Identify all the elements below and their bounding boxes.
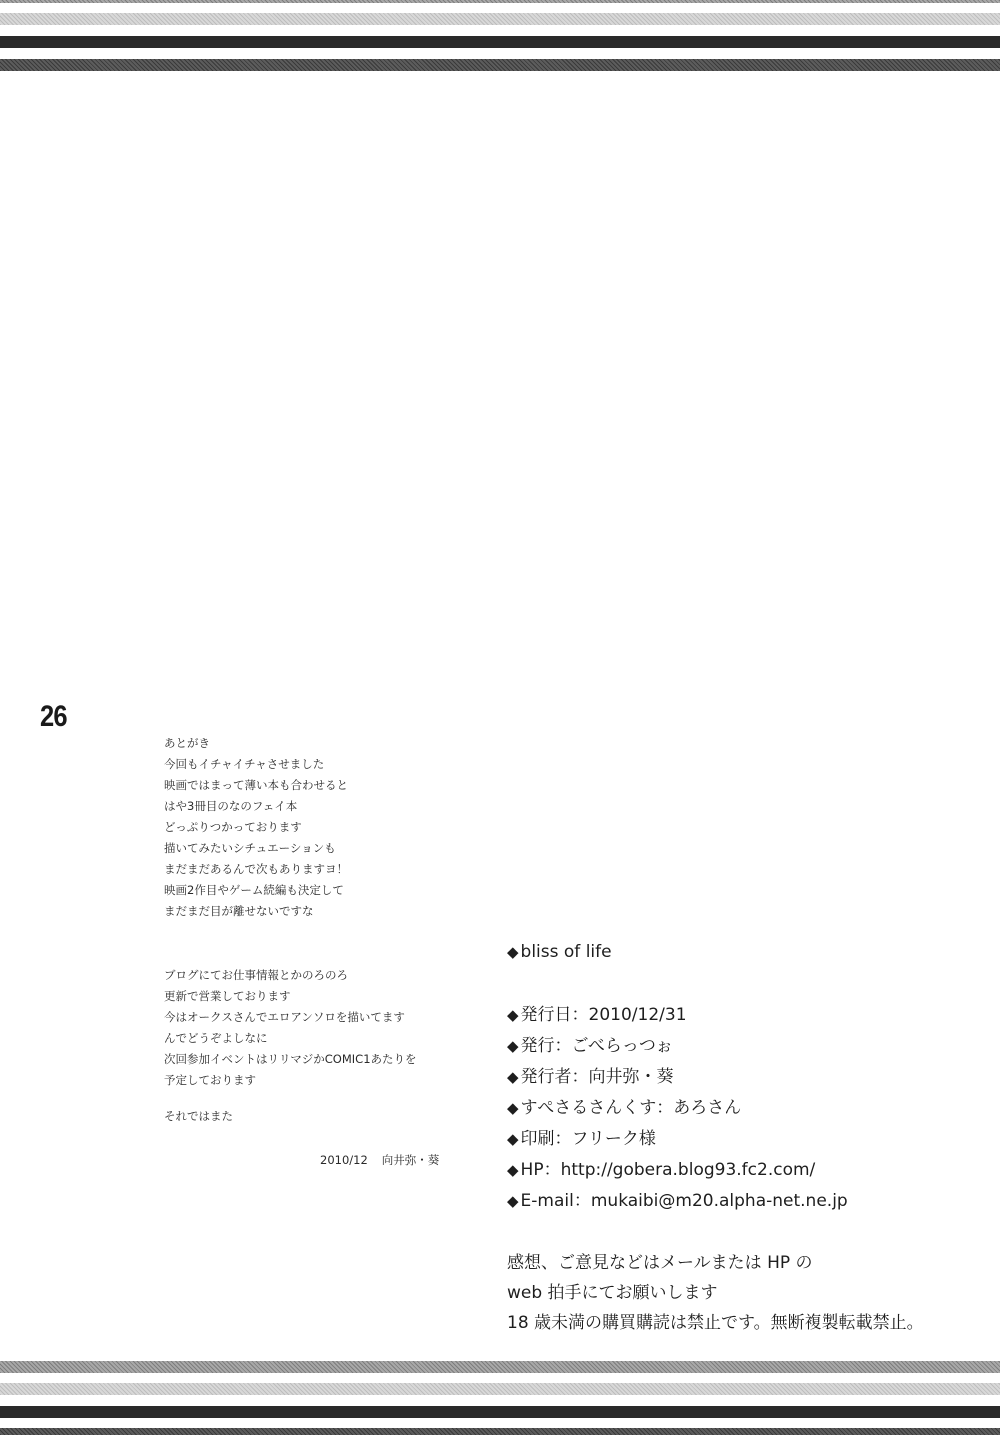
diamond-bullet-icon: ◆ [507,1186,519,1217]
page-number: 26 [40,700,67,734]
afterword-line: まだまだあるんで次もありますヨ！ [164,859,417,880]
afterword-line: 更新で営業しております [164,986,417,1007]
colophon-label: 印刷 [521,1124,555,1155]
afterword-line: どっぷりつかっております [164,817,417,838]
colophon-row-date: ◆ 発行日 ： 2010/12/31 [507,1000,848,1031]
bottom-stripe-light [0,1383,1000,1395]
homepage-url: http://gobera.blog93.fc2.com/ [561,1155,816,1186]
colophon-label: 発行 [521,1031,555,1062]
afterword-line: 今はオークスさんでエロアンソロを描いてます [164,1007,417,1028]
afterword-line: 映画2作目やゲーム続編も決定して [164,880,417,901]
afterword-line: 次回参加イベントはリリマジかCOMIC1あたりを [164,1049,417,1070]
colophon-row-publisher: ◆ 発行 ： ごべらっつぉ [507,1031,848,1062]
diamond-bullet-icon: ◆ [507,1000,519,1031]
afterword-line: 予定しております [164,1070,417,1091]
notice-line: 18 歳未満の購買購読は禁止です。無断複製転載禁止。 [507,1308,924,1338]
signature-author: 向井弥・葵 [382,1153,440,1167]
notice: 感想、ご意見などはメールまたは HP の web 拍手にてお願いします 18 歳… [507,1248,924,1338]
colophon-separator: ： [555,1031,572,1062]
colophon-label: すぺさるさんくす [521,1093,657,1124]
notice-line: 感想、ご意見などはメールまたは HP の [507,1248,924,1278]
top-stripe-dark-checker [0,59,1000,71]
colophon-value: 向井弥・葵 [589,1062,674,1093]
colophon-label: 発行者 [521,1062,572,1093]
afterword-line: ブログにてお仕事情報とかのろのろ [164,965,417,986]
afterword-line: んでどうぞよしなに [164,1028,417,1049]
colophon-value: 2010/12/31 [589,1000,687,1031]
colophon-separator: ： [574,1186,591,1217]
diamond-bullet-icon: ◆ [507,1031,519,1062]
signature-date: 2010/12 [320,1153,368,1167]
afterword-line: 映画ではまって薄い本も合わせると [164,775,417,796]
bottom-stripe-mid [0,1361,1000,1373]
colophon-row-thanks: ◆ すぺさるさんくす ： あろさん [507,1093,848,1124]
diamond-bullet-icon: ◆ [507,1062,519,1093]
bottom-stripe-dark-checker [0,1428,1000,1435]
afterword-heading: あとがき [164,733,417,754]
signature: 2010/12向井弥・葵 [320,1152,439,1168]
book-title: bliss of life [521,937,612,968]
colophon: ◆ bliss of life ◆ 発行日 ： 2010/12/31 ◆ 発行 … [507,937,848,1217]
top-stripe-light [0,13,1000,25]
colophon-row-email: ◆ E-mail ： mukaibi@m20.alpha-net.ne.jp [507,1186,848,1217]
diamond-bullet-icon: ◆ [507,1124,519,1155]
diamond-bullet-icon: ◆ [507,937,519,968]
colophon-value: あろさん [673,1093,741,1124]
colophon-row-homepage: ◆ HP ： http://gobera.blog93.fc2.com/ [507,1155,848,1186]
diamond-bullet-icon: ◆ [507,1155,519,1186]
colophon-label: HP [521,1155,544,1186]
colophon-separator: ： [555,1124,572,1155]
afterword-line: 描いてみたいシチュエーションも [164,838,417,859]
top-stripe-dark [0,36,1000,48]
afterword: あとがき 今回もイチャイチャさせました 映画ではまって薄い本も合わせると はや3… [164,733,417,1127]
notice-line: web 拍手にてお願いします [507,1278,924,1308]
colophon-row-issuer: ◆ 発行者 ： 向井弥・葵 [507,1062,848,1093]
afterword-closing: それではまた [164,1106,417,1127]
colophon-label: 発行日 [521,1000,572,1031]
colophon-separator: ： [572,1000,589,1031]
afterword-line: まだまだ目が離せないですな [164,901,417,922]
email-address: mukaibi@m20.alpha-net.ne.jp [591,1186,848,1217]
colophon-value: ごべらっつぉ [572,1031,673,1062]
afterword-line: はや3冊目のなのフェイ本 [164,796,417,817]
afterword-line: 今回もイチャイチャさせました [164,754,417,775]
colophon-value: フリーク様 [572,1124,656,1155]
colophon-separator: ： [656,1093,673,1124]
colophon-separator: ： [572,1062,589,1093]
diamond-bullet-icon: ◆ [507,1093,519,1124]
bottom-stripe-dark [0,1406,1000,1418]
colophon-label: E-mail [521,1186,574,1217]
colophon-title-row: ◆ bliss of life [507,937,848,968]
colophon-row-printer: ◆ 印刷 ： フリーク様 [507,1124,848,1155]
top-stripe-thin [0,0,1000,3]
colophon-separator: ： [544,1155,561,1186]
